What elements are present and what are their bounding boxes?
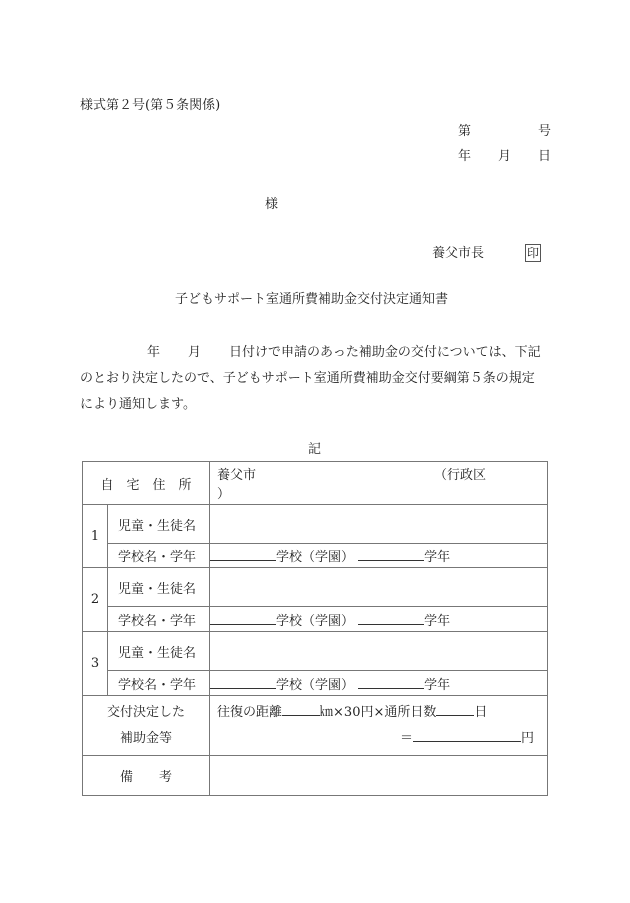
school-blank[interactable]	[210, 548, 276, 561]
subsidy-label-line1: 交付決定した	[83, 700, 209, 726]
date-year: 年	[458, 149, 471, 165]
child-1-name-row: 1 児童・生徒名	[83, 505, 548, 544]
school-blank[interactable]	[210, 676, 276, 689]
address-ward-open: （行政区	[434, 468, 486, 483]
school-blank[interactable]	[210, 612, 276, 625]
form-table: 自 宅 住 所 養父市（行政区） 1 児童・生徒名 学校名・学年 学校（学園） …	[82, 461, 548, 796]
grade-blank[interactable]	[358, 612, 424, 625]
school-text: 学校（学園）	[276, 678, 354, 693]
grade-text: 学年	[424, 614, 450, 629]
address-label: 自 宅 住 所	[83, 462, 210, 505]
calc-equals: ＝	[400, 731, 413, 746]
body-paragraph: 年月日付けで申請のあった補助金の交付については、下記 のとおり決定したので、子ど…	[80, 340, 560, 418]
child-3-name-label: 児童・生徒名	[108, 632, 210, 671]
body-line3: により通知します。	[80, 392, 560, 418]
amount-blank[interactable]	[413, 729, 521, 742]
calc-distance-label: 往復の距離	[217, 705, 282, 720]
child-1-name-label: 児童・生徒名	[108, 505, 210, 544]
child-1-school-label: 学校名・学年	[108, 544, 210, 568]
ki-heading: 記	[308, 442, 321, 458]
grade-text: 学年	[424, 550, 450, 565]
subsidy-row: 交付決定した 補助金等 往復の距離㎞×30円×通所日数日 ＝円	[83, 696, 548, 756]
doc-number-suffix: 号	[538, 124, 551, 140]
child-2-school-row: 学校名・学年 学校（学園） 学年	[83, 607, 548, 632]
child-1-school-field[interactable]: 学校（学園） 学年	[210, 544, 548, 568]
child-3-school-field[interactable]: 学校（学園） 学年	[210, 671, 548, 696]
child-2-name-field[interactable]	[210, 568, 548, 607]
body-line2: のとおり決定したので、子どもサポート室通所費補助金交付要綱第５条の規定	[80, 366, 560, 392]
body-line1: 日付けで申請のあった補助金の交付については、下記	[229, 345, 541, 360]
document-title: 子どもサポート室通所費補助金交付決定通知書	[175, 292, 448, 308]
address-row: 自 宅 住 所 養父市（行政区）	[83, 462, 548, 505]
calc-day: 日	[474, 705, 487, 720]
subsidy-calc: 往復の距離㎞×30円×通所日数日 ＝円	[210, 696, 548, 756]
addressee-suffix: 様	[265, 197, 278, 213]
child-2-school-field[interactable]: 学校（学園） 学年	[210, 607, 548, 632]
child-1-school-row: 学校名・学年 学校（学園） 学年	[83, 544, 548, 568]
remarks-row: 備 考	[83, 756, 548, 796]
date-day: 日	[538, 149, 551, 165]
doc-number-prefix: 第	[458, 124, 471, 140]
child-3-school-row: 学校名・学年 学校（学園） 学年	[83, 671, 548, 696]
child-1-number: 1	[83, 505, 108, 568]
form-number: 様式第２号(第５条関係)	[80, 98, 220, 114]
grade-blank[interactable]	[358, 676, 424, 689]
child-2-school-label: 学校名・学年	[108, 607, 210, 632]
child-2-name-row: 2 児童・生徒名	[83, 568, 548, 607]
issuer-name: 養父市長	[432, 246, 484, 262]
calc-unit: ㎞×30円×通所日数	[320, 705, 436, 720]
grade-blank[interactable]	[358, 548, 424, 561]
child-3-school-label: 学校名・学年	[108, 671, 210, 696]
grade-text: 学年	[424, 678, 450, 693]
remarks-field[interactable]	[210, 756, 548, 796]
address-city: 養父市	[217, 468, 256, 483]
date-month: 月	[498, 149, 511, 165]
subsidy-label-line2: 補助金等	[83, 726, 209, 752]
distance-blank[interactable]	[282, 703, 320, 716]
subsidy-label: 交付決定した 補助金等	[83, 696, 210, 756]
child-3-number: 3	[83, 632, 108, 696]
school-text: 学校（学園）	[276, 614, 354, 629]
body-year: 年	[147, 345, 160, 360]
body-month: 月	[188, 345, 201, 360]
child-2-name-label: 児童・生徒名	[108, 568, 210, 607]
address-field[interactable]: 養父市（行政区）	[210, 462, 548, 505]
remarks-label: 備 考	[83, 756, 210, 796]
address-ward-close: ）	[217, 487, 230, 502]
calc-yen: 円	[521, 731, 534, 746]
child-2-number: 2	[83, 568, 108, 632]
school-text: 学校（学園）	[276, 550, 354, 565]
child-3-name-row: 3 児童・生徒名	[83, 632, 548, 671]
child-3-name-field[interactable]	[210, 632, 548, 671]
child-1-name-field[interactable]	[210, 505, 548, 544]
seal-mark: 印	[525, 244, 541, 262]
days-blank[interactable]	[436, 703, 474, 716]
